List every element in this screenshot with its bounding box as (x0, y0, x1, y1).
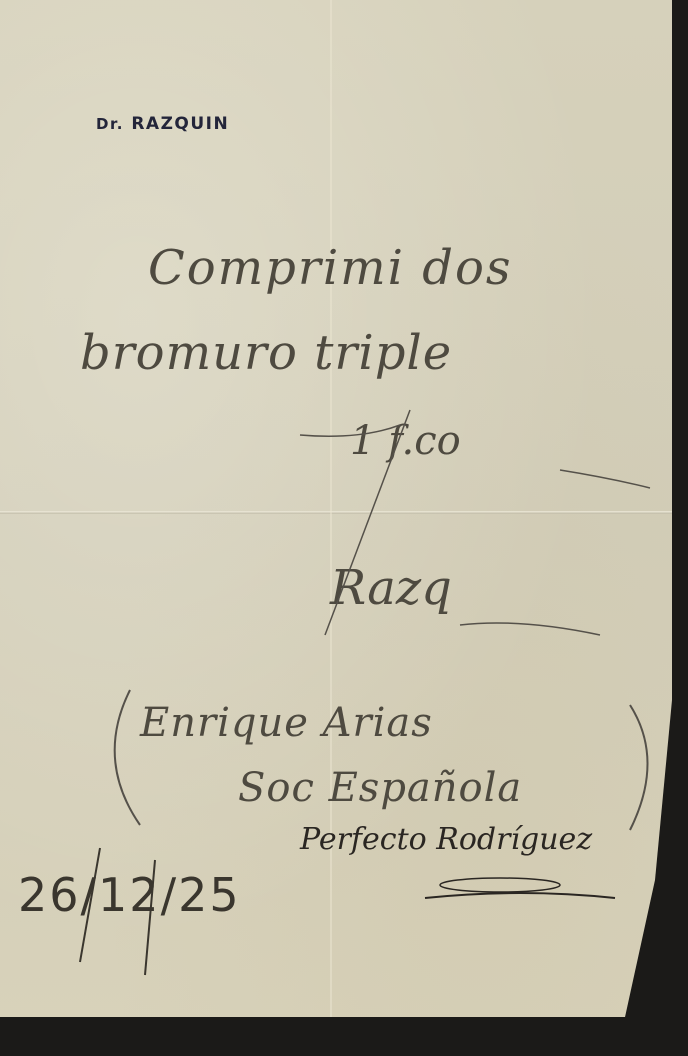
left-parenthesis (115, 690, 140, 825)
prescription-paper: Dr. RAZQUIN Comprimi dos bromuro triple … (0, 0, 688, 1056)
right-parenthesis (630, 705, 648, 830)
pencil-strokes (0, 0, 688, 1056)
signature-underline (425, 893, 615, 898)
